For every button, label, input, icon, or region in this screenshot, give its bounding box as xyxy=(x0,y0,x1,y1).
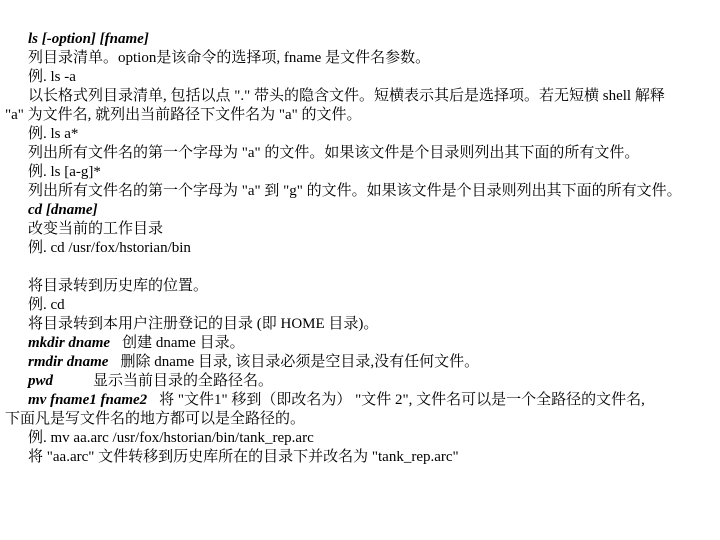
example-line: 例. cd /usr/fox/hstorian/bin xyxy=(0,239,720,258)
text-line: 将目录转到历史库的位置。 xyxy=(0,277,720,296)
command-line-mkdir: mkdir dname创建 dname 目录。 xyxy=(0,334,720,353)
command-syntax: ls [-option] [fname] xyxy=(28,31,149,47)
command-heading-ls: ls [-option] [fname] xyxy=(0,30,720,49)
text-line: 以长格式列目录清单, 包括以点 "." 带头的隐含文件。短横表示其后是选择项。若… xyxy=(0,87,720,106)
command-line-pwd: pwd显示当前目录的全路径名。 xyxy=(0,372,720,391)
example-line: 例. ls a* xyxy=(0,125,720,144)
text-line: 列出所有文件名的第一个字母为 "a" 的文件。如果该文件是个目录则列出其下面的所… xyxy=(0,144,720,163)
text-continuation-line: 下面凡是写文件名的地方都可以是全路径的。 xyxy=(0,410,720,429)
command-syntax: rmdir dname xyxy=(28,354,108,370)
command-description: 显示当前目录的全路径名。 xyxy=(93,373,273,389)
command-description: 删除 dname 目录, 该目录必须是空目录,没有任何文件。 xyxy=(120,354,479,370)
text-continuation-line: "a" 为文件名, 就列出当前路径下文件名为 "a" 的文件。 xyxy=(0,106,720,125)
command-line-rmdir: rmdir dname删除 dname 目录, 该目录必须是空目录,没有任何文件… xyxy=(0,353,720,372)
command-syntax: mkdir dname xyxy=(28,335,110,351)
document-body: ls [-option] [fname] 列目录清单。option是该命令的选择… xyxy=(0,30,720,467)
command-syntax: cd [dname] xyxy=(28,202,98,218)
command-line-mv: mv fname1 fname2将 "文件1" 移到（即改名为） "文件 2",… xyxy=(0,391,720,410)
text-line: 将目录转到本用户注册登记的目录 (即 HOME 目录)。 xyxy=(0,315,720,334)
command-syntax: mv fname1 fname2 xyxy=(28,392,147,408)
example-line: 例. mv aa.arc /usr/fox/hstorian/bin/tank_… xyxy=(0,429,720,448)
command-syntax: pwd xyxy=(28,373,53,389)
example-line: 例. cd xyxy=(0,296,720,315)
example-line: 例. ls -a xyxy=(0,68,720,87)
command-description: 将 "文件1" 移到（即改名为） "文件 2", 文件名可以是一个全路径的文件名… xyxy=(159,392,645,408)
example-line: 例. ls [a-g]* xyxy=(0,163,720,182)
text-line: 将 "aa.arc" 文件转移到历史库所在的目录下并改名为 "tank_rep.… xyxy=(0,448,720,467)
blank-line xyxy=(0,258,720,277)
command-heading-cd: cd [dname] xyxy=(0,201,720,220)
text-line: 改变当前的工作目录 xyxy=(0,220,720,239)
text-line: 列出所有文件名的第一个字母为 "a" 到 "g" 的文件。如果该文件是个目录则列… xyxy=(0,182,720,201)
text-line: 列目录清单。option是该命令的选择项, fname 是文件名参数。 xyxy=(0,49,720,68)
command-description: 创建 dname 目录。 xyxy=(122,335,244,351)
